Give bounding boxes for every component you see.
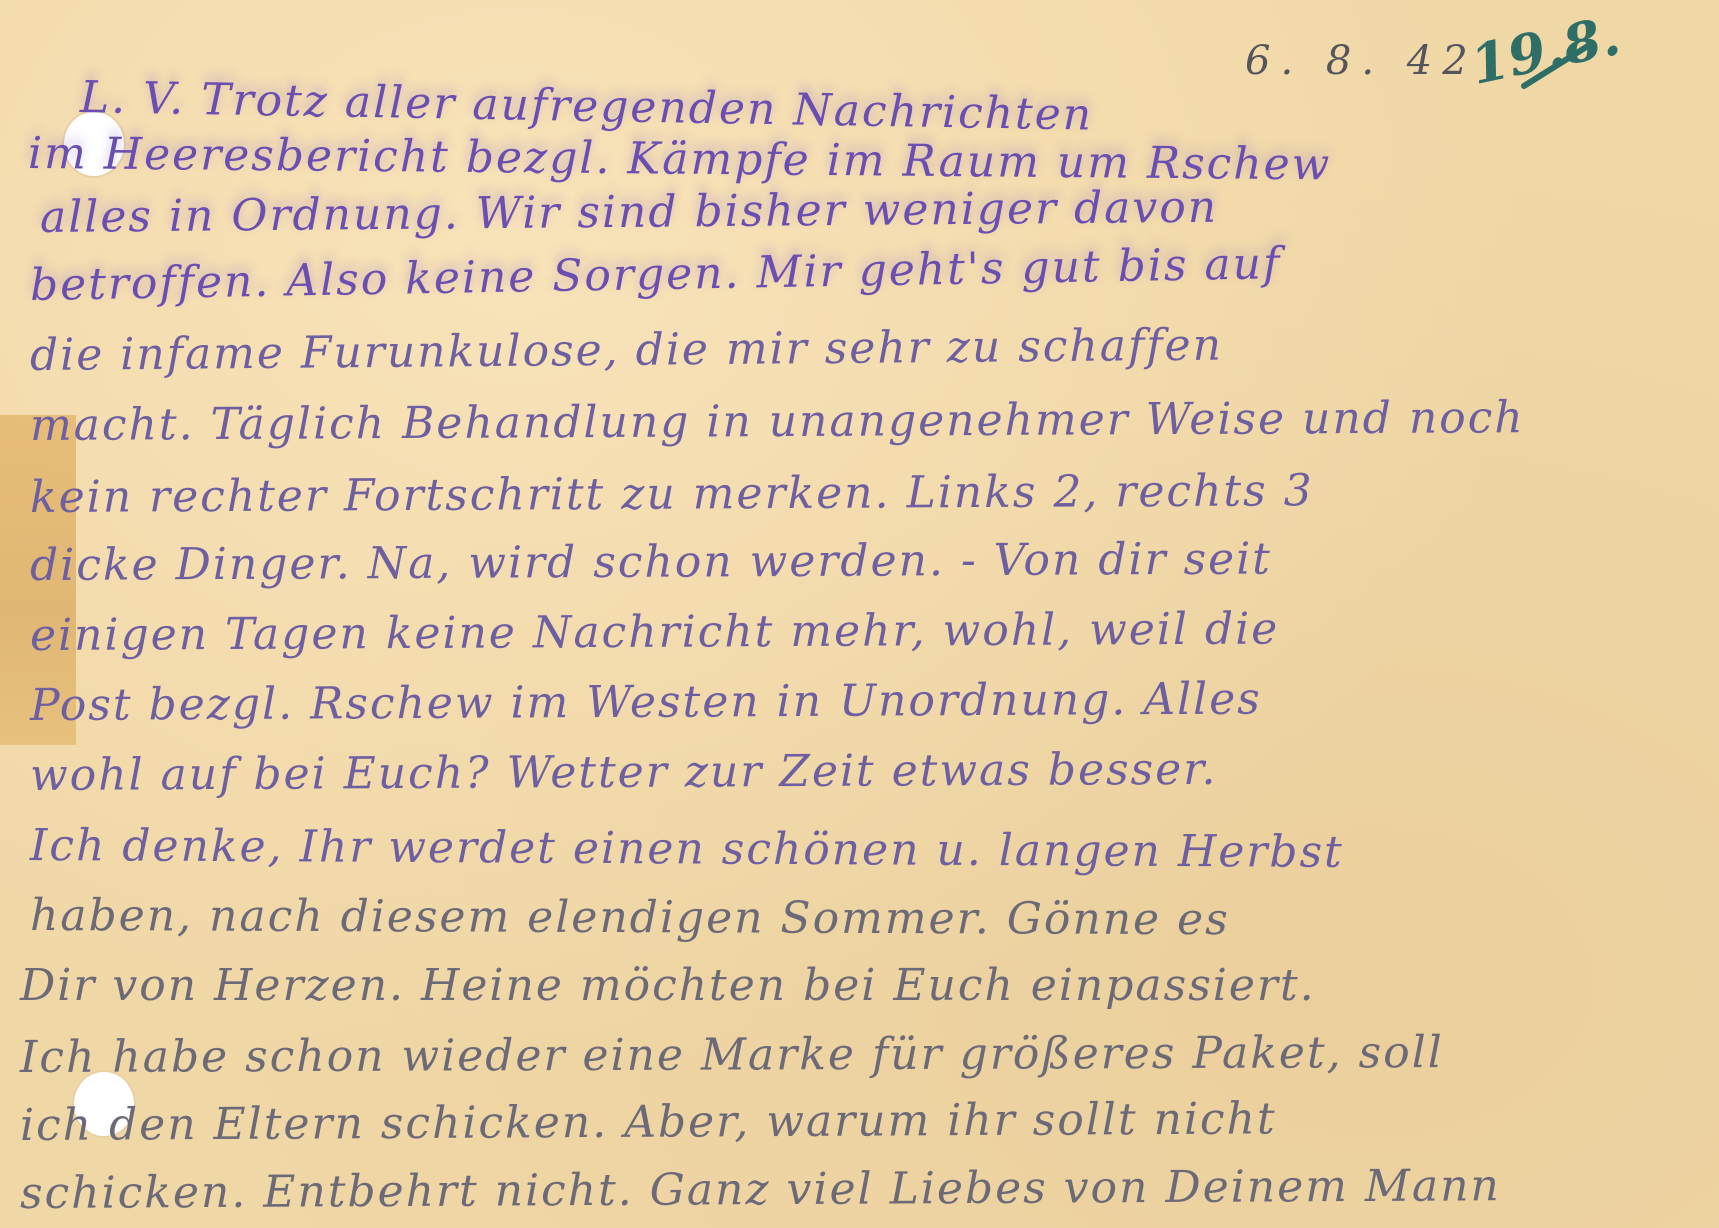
letter-card: 6. 8. 42 19.8. L. V. Trotz aller aufrege… [0, 0, 1719, 1228]
received-date-mark: 19.8. [1465, 3, 1625, 97]
letter-line: Ich denke, Ihr werdet einen schönen u. l… [30, 820, 1344, 878]
letter-line: Post bezgl. Rschew im Westen in Unordnun… [30, 674, 1262, 731]
letter-line: wohl auf bei Euch? Wetter zur Zeit etwas… [30, 744, 1218, 801]
letter-line: einigen Tagen keine Nachricht mehr, wohl… [30, 603, 1280, 661]
letter-line: haben, nach diesem elendigen Sommer. Gön… [30, 890, 1230, 945]
letter-line: alles in Ordnung. Wir sind bisher wenige… [40, 182, 1219, 243]
letter-line: Dir von Herzen. Heine möchten bei Euch e… [20, 960, 1316, 1011]
letter-line: die infame Furunkulose, die mir sehr zu … [30, 320, 1223, 381]
letter-line: im Heeresbericht bezgl. Kämpfe im Raum u… [28, 128, 1332, 190]
letter-line: schicken. Entbehrt nicht. Ganz viel Lieb… [20, 1160, 1501, 1219]
letter-date: 6. 8. 42 [1245, 38, 1478, 84]
letter-line: Ich habe schon wieder eine Marke für grö… [20, 1027, 1444, 1083]
letter-line: betroffen. Also keine Sorgen. Mir geht's… [30, 238, 1282, 311]
letter-line: kein rechter Fortschritt zu merken. Link… [30, 465, 1314, 523]
letter-line: ich den Eltern schicken. Aber, warum ihr… [20, 1093, 1277, 1151]
letter-line: dicke Dinger. Na, wird schon werden. - V… [30, 533, 1272, 591]
letter-line: macht. Täglich Behandlung in unangenehme… [30, 392, 1525, 451]
